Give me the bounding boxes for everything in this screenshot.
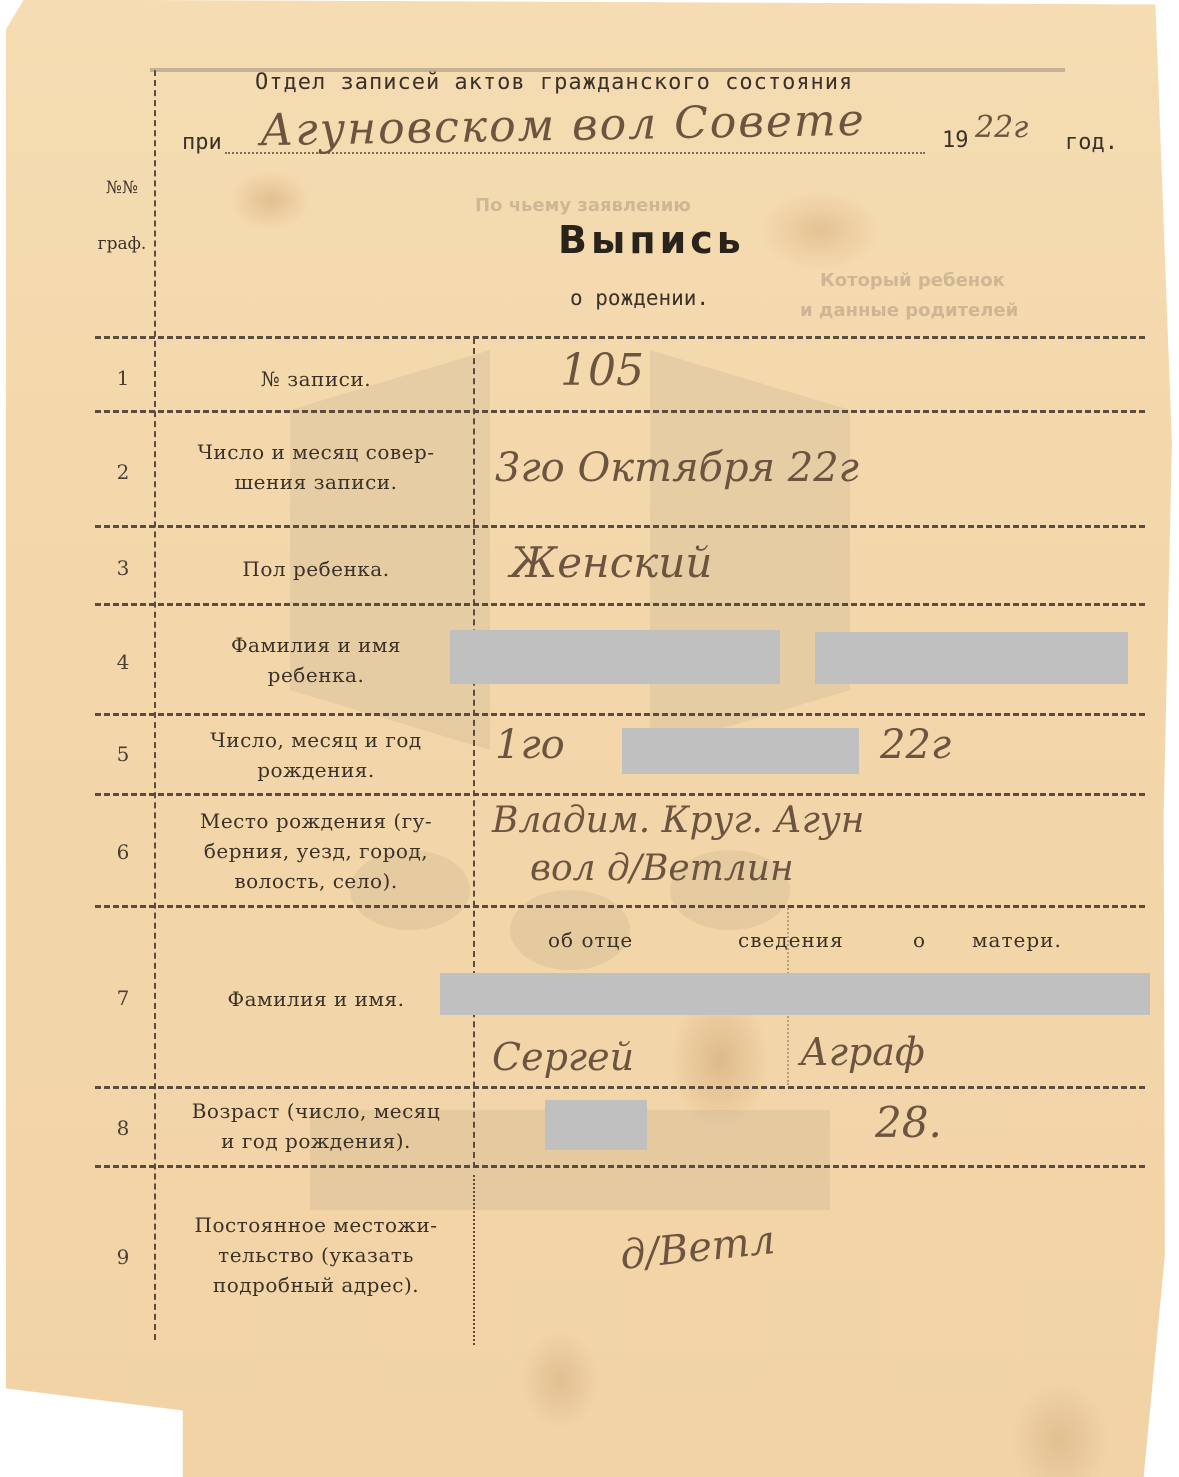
mother-age-value: 28.	[875, 1098, 942, 1147]
redaction-box-child-surname	[450, 630, 780, 684]
grid-line	[95, 336, 1145, 339]
row-number: 3	[100, 556, 146, 580]
row-label-birth-date: Число, месяц и год рождения.	[162, 725, 470, 785]
numbers-label: №№	[92, 160, 152, 216]
mother-prefix-header: о	[913, 928, 926, 952]
grid-line	[95, 793, 1145, 796]
year-suffix: год.	[1065, 130, 1118, 155]
grid-line	[95, 905, 1145, 908]
row-number: 5	[100, 742, 146, 766]
row-number: 4	[100, 650, 146, 674]
grid-line	[95, 713, 1145, 716]
bleed-through-text: и данные родителей	[800, 300, 1018, 321]
council-name-handwritten: Агуновском вол Совете	[260, 95, 867, 157]
mother-first-name-value: Аграф	[800, 1030, 925, 1074]
row-number: 1	[100, 366, 146, 390]
row-label-child-name: Фамилия и имя ребенка.	[162, 630, 470, 690]
document-title: Выпись	[558, 218, 745, 262]
father-first-name-value: Сергей	[492, 1035, 634, 1079]
grid-line	[95, 1086, 1145, 1089]
label-line: Число и месяц совер-	[162, 437, 470, 467]
row-label-parent-age: Возраст (число, месяц и год рождения).	[162, 1096, 470, 1156]
child-sex-value: Женский	[510, 538, 712, 587]
row-number: 7	[100, 986, 146, 1010]
row-number: 9	[100, 1245, 146, 1269]
record-number-value: 105	[560, 345, 644, 396]
office-title: Отдел записей актов гражданского состоян…	[255, 70, 853, 95]
row-label-parent-names: Фамилия и имя.	[162, 984, 470, 1014]
grid-line	[150, 68, 1065, 72]
label-line: Постоянное местожи-	[162, 1210, 470, 1240]
row-label-residence: Постоянное местожи- тельство (указать по…	[162, 1210, 470, 1300]
redaction-box-child-first-name	[815, 632, 1128, 684]
label-line: берния, уезд, город,	[162, 836, 470, 866]
birth-place-line2: вол д/Ветлин	[530, 848, 794, 889]
year-handwritten: 22г	[975, 110, 1028, 145]
grid-line	[473, 1175, 475, 1345]
birth-place-line1: Владим. Круг. Агун	[492, 800, 865, 841]
redaction-box-parent-surnames	[440, 973, 1150, 1015]
mother-column-header: матери.	[972, 928, 1062, 952]
grid-line	[95, 525, 1145, 528]
row-number: 8	[100, 1116, 146, 1140]
document-subtitle: о рождении.	[570, 286, 709, 310]
record-date-value: 3го Октября 22г	[495, 445, 859, 491]
label-line: тельство (указать	[162, 1240, 470, 1270]
redaction-box-birth-month	[622, 728, 859, 774]
grid-line	[95, 1165, 1145, 1168]
graf-label: граф.	[92, 216, 152, 272]
grid-line	[154, 70, 156, 1340]
column-numbers-header: №№ граф.	[92, 160, 152, 272]
redaction-box-father-age	[545, 1100, 647, 1150]
row-label-birth-place: Место рождения (гу- берния, уезд, город,…	[162, 806, 470, 896]
pri-label: при	[182, 130, 222, 155]
grid-line	[95, 410, 1145, 413]
row-number: 6	[100, 840, 146, 864]
year-prefix: 19	[942, 128, 969, 153]
label-line: Возраст (число, месяц	[162, 1096, 470, 1126]
birth-year-value: 22г	[880, 722, 951, 768]
label-line: Число, месяц и год	[162, 725, 470, 755]
label-line: подробный адрес).	[162, 1270, 470, 1300]
grid-line	[473, 338, 475, 1168]
label-line: ребенка.	[162, 660, 470, 690]
label-line: Место рождения (гу-	[162, 806, 470, 836]
label-line: рождения.	[162, 755, 470, 785]
label-line: волость, село).	[162, 866, 470, 896]
label-line: шения записи.	[162, 467, 470, 497]
label-line: Фамилия и имя	[162, 630, 470, 660]
grid-line	[95, 603, 1145, 606]
row-label-record-number: № записи.	[162, 364, 470, 394]
bleed-through-text: По чьему заявлению	[475, 195, 691, 216]
info-column-header: сведения	[738, 928, 844, 952]
father-column-header: об отце	[548, 928, 633, 952]
row-label-child-sex: Пол ребенка.	[162, 554, 470, 584]
label-line: и год рождения).	[162, 1126, 470, 1156]
row-label-record-date: Число и месяц совер- шения записи.	[162, 437, 470, 497]
birth-day-value: 1го	[495, 722, 565, 768]
row-number: 2	[100, 460, 146, 484]
bleed-through-text: Который ребенок	[820, 270, 1005, 291]
